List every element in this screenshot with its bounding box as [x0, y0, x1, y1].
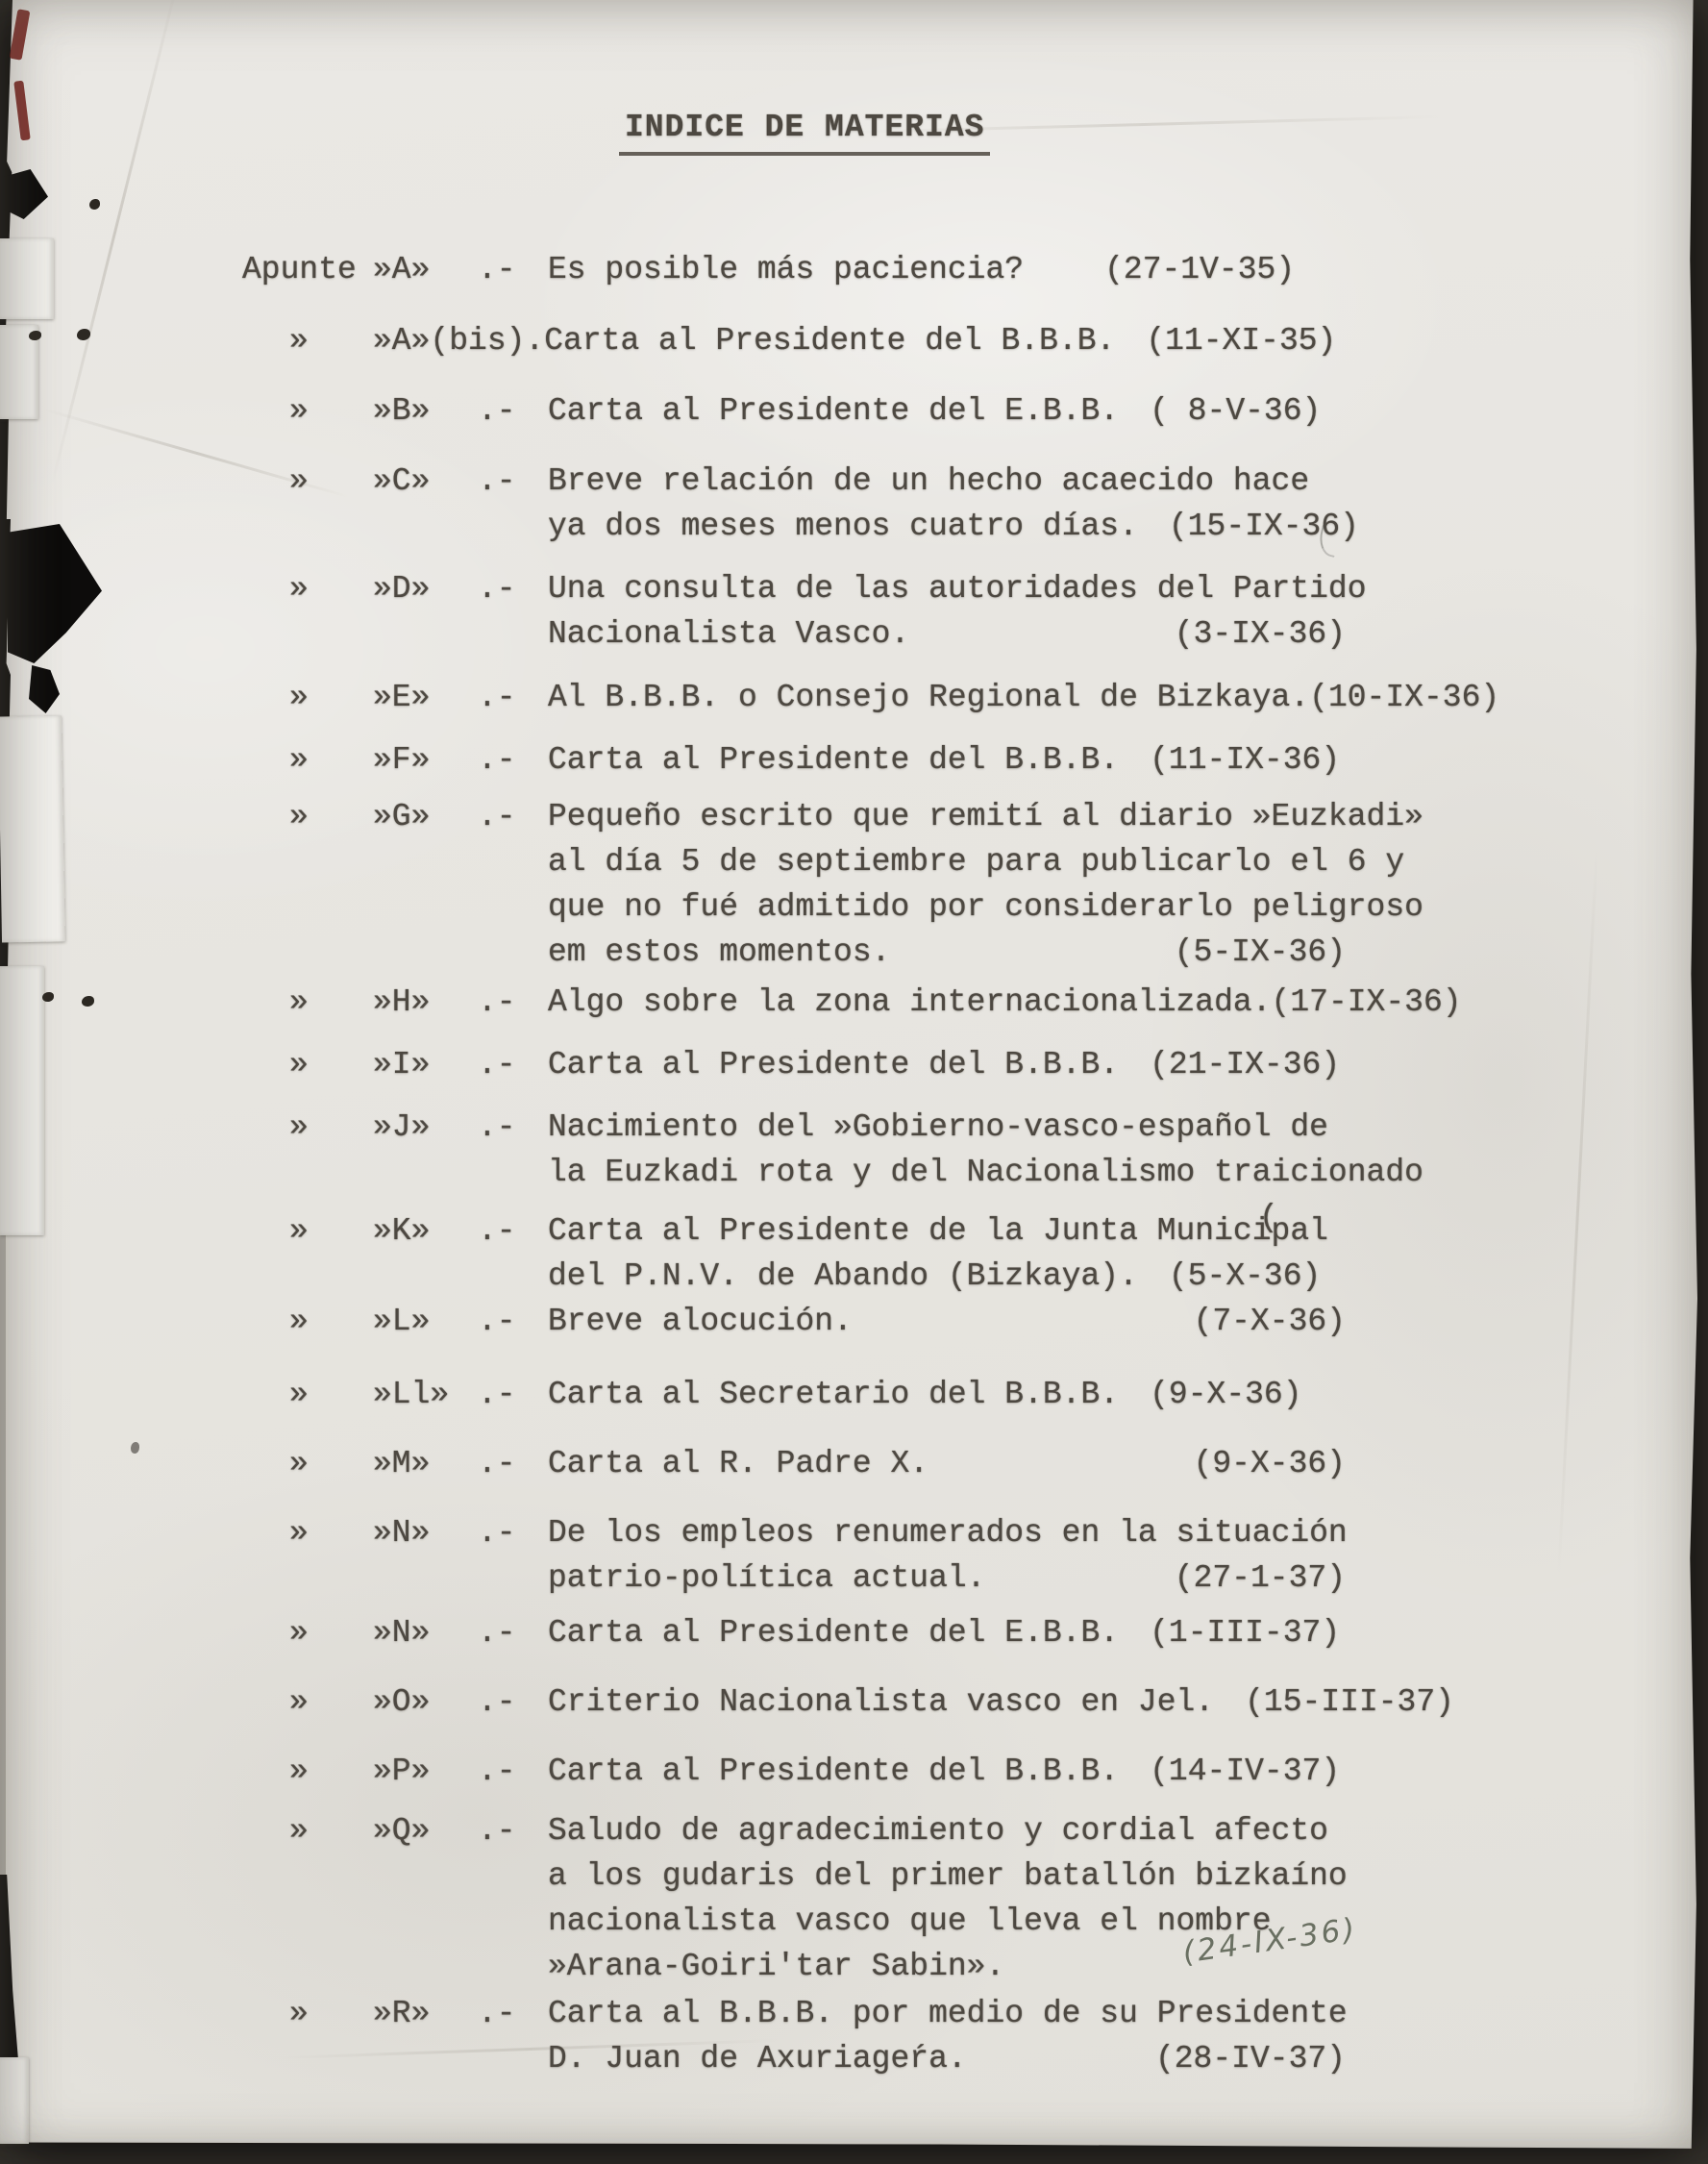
entry-text: Carta al Presidente del B.B.B. [548, 1754, 1119, 1789]
entry-text: patrio-política actual. [548, 1560, 985, 1596]
paper-speck [89, 199, 100, 210]
entry-text: Carta al R. Padre X. [548, 1446, 928, 1481]
entry-line: »A»(bis).Carta al Presidente del B.B.B.(… [373, 323, 1394, 359]
ditto-mark: » [289, 1996, 309, 2031]
entry-date: (5-IX-36) [1175, 934, 1346, 970]
ditto-mark: » [289, 1813, 309, 1849]
paper-speck [42, 992, 54, 1002]
entry-text: »Arana-Goiri'tar Sabin». [548, 1949, 1004, 1984]
entry-line: Carta al Presidente del B.B.B.(21-IX-36) [548, 1047, 1394, 1082]
paper-speck [77, 329, 90, 340]
entry-date: (14-IV-37) [1150, 1754, 1340, 1789]
ditto-mark: » [289, 323, 309, 359]
entry-letter: »E» [373, 680, 430, 715]
entry-line: Pequeño escrito que remití al diario »Eu… [548, 799, 1394, 834]
entry-text: Carta al Presidente del E.B.B. [548, 1615, 1119, 1651]
entry-separator: .- [478, 984, 516, 1020]
entry-separator: .- [478, 1615, 516, 1651]
entry-line: Una consulta de las autoridades del Part… [548, 571, 1394, 607]
entry-line: al día 5 de septiembre para publicarlo e… [548, 844, 1394, 880]
torn-edge-bits [29, 665, 60, 713]
paper-crease [51, 0, 180, 485]
entry-date: (7-X-36) [1194, 1304, 1346, 1339]
entry-text: Carta al Secretario del B.B.B. [548, 1377, 1119, 1412]
entry-letter: »C» [373, 463, 430, 499]
entry-date: (9-X-36) [1194, 1446, 1346, 1481]
entry-separator: .- [478, 1515, 516, 1551]
entry-text: De los empleos renumerados en la situaci… [548, 1515, 1348, 1551]
entry-line: Carta al R. Padre X.(9-X-36) [548, 1446, 1394, 1481]
entry-date: (11-XI-35) [1146, 323, 1336, 359]
entry-date: (21-IX-36) [1150, 1047, 1340, 1082]
entry-letter: »K» [373, 1213, 430, 1249]
entry-line: del P.N.V. de Abando (Bizkaya).(5-X-36) [548, 1258, 1394, 1294]
ditto-mark: » [289, 1047, 309, 1082]
entry-line: De los empleos renumerados en la situaci… [548, 1515, 1394, 1551]
entry-text: la Euzkadi rota y del Nacionalismo traic… [548, 1155, 1423, 1190]
entry-text: Criterio Nacionalista vasco en Jel. [548, 1684, 1214, 1720]
ditto-mark: » [289, 1109, 309, 1145]
entry-date: (15-III-37) [1245, 1684, 1454, 1720]
entry-text: D. Juan de Axuriageŕa. [548, 2041, 967, 2077]
apunte-label: Apunte [242, 252, 357, 287]
entry-separator: .- [478, 1754, 516, 1789]
torn-paper-tab [0, 715, 65, 942]
entry-text: Nacionalista Vasco. [548, 616, 909, 652]
entry-line: Carta al Secretario del B.B.B.(9-X-36) [548, 1377, 1394, 1412]
entry-letter: »P» [373, 1754, 430, 1789]
entry-text: ya dos meses menos cuatro días. [548, 509, 1138, 544]
entry-text: a los gudaris del primer batallón bizkaí… [548, 1858, 1348, 1894]
entry-line: a los gudaris del primer batallón bizkaí… [548, 1858, 1394, 1894]
entry-separator: .- [478, 463, 516, 499]
entry-text: em estos momentos. [548, 934, 890, 970]
entry-letter: »O» [373, 1684, 430, 1720]
entry-letter: »I» [373, 1047, 430, 1082]
entry-separator: .- [478, 1213, 516, 1249]
entry-separator: .- [478, 252, 516, 287]
page-title: INDICE DE MATERIAS [619, 110, 990, 156]
entry-date: (5-X-36) [1169, 1258, 1321, 1294]
scan-edge-bottom [0, 2140, 1708, 2164]
entry-line: D. Juan de Axuriageŕa.(28-IV-37) [548, 2041, 1394, 2077]
entry-separator: .- [478, 1813, 516, 1849]
scan-edge-right [1687, 0, 1708, 2164]
entry-line: que no fué admitido por considerarlo pel… [548, 889, 1394, 925]
entry-text: Breve relación de un hecho acaecido hace [548, 463, 1309, 499]
torn-edge-hole [8, 524, 102, 663]
entry-date: (11-IX-36) [1150, 742, 1340, 778]
entry-letter: »M» [373, 1446, 430, 1481]
entry-letter: »F» [373, 742, 430, 778]
entry-letter: »A» [373, 252, 430, 287]
paper-speck [82, 996, 94, 1007]
ditto-mark: » [289, 1754, 309, 1789]
entry-letter: »Q» [373, 1813, 430, 1849]
entry-separator: .- [478, 1996, 516, 2031]
torn-paper-tab [0, 325, 38, 419]
entry-line: Carta al Presidente del E.B.B.( 8-V-36) [548, 393, 1394, 429]
entry-line: Carta al Presidente de la Junta Municipa… [548, 1213, 1394, 1249]
entry-line: Nacionalista Vasco.(3-IX-36) [548, 616, 1394, 652]
entry-line: Breve relación de un hecho acaecido hace [548, 463, 1394, 499]
paper-speck [29, 331, 41, 340]
entry-separator: .- [478, 1446, 516, 1481]
torn-edge-notch [4, 169, 48, 219]
entry-date: (27-1-37) [1175, 1560, 1346, 1596]
entry-letter: »B» [373, 393, 430, 429]
entry-letter: »N» [373, 1615, 430, 1651]
entry-separator: .- [478, 742, 516, 778]
entry-text: Nacimiento del »Gobierno-vasco-español d… [548, 1109, 1328, 1145]
entry-date: (1-III-37) [1150, 1615, 1340, 1651]
entry-line: Criterio Nacionalista vasco en Jel.(15-I… [548, 1684, 1394, 1720]
ditto-mark: » [289, 393, 309, 429]
entry-line: Carta al B.B.B. por medio de su Presiden… [548, 1996, 1394, 2031]
entry-line: Al B.B.B. o Consejo Regional de Bizkaya.… [548, 680, 1394, 715]
entry-letter: »G» [373, 799, 430, 834]
ditto-mark: » [289, 1377, 309, 1412]
entry-line: ya dos meses menos cuatro días.(15-IX-36… [548, 509, 1394, 544]
entry-separator: .- [478, 680, 516, 715]
ditto-mark: » [289, 571, 309, 607]
entry-text: Es posible más paciencia? [548, 252, 1024, 287]
entry-separator: .- [478, 799, 516, 834]
entry-separator: .- [478, 571, 516, 607]
ditto-mark: » [289, 1684, 309, 1720]
ditto-mark: » [289, 1615, 309, 1651]
red-mark [13, 81, 30, 141]
entry-text: nacionalista vasco que lleva el nombre [548, 1903, 1272, 1939]
scan-edge-left [0, 1875, 23, 2164]
entry-date: (15-IX-36) [1169, 509, 1359, 544]
entry-date: (27-1V-35) [1104, 252, 1295, 287]
scan-edge-left-faint [0, 1077, 6, 1884]
entry-date: (3-IX-36) [1175, 616, 1346, 652]
ditto-mark: » [289, 463, 309, 499]
entry-line: Carta al Presidente del E.B.B.(1-III-37) [548, 1615, 1394, 1651]
entry-text: Algo sobre la zona internacionalizada. [548, 984, 1272, 1020]
entry-text: Carta al Presidente de la Junta Municipa… [548, 1213, 1328, 1249]
entry-line: Nacimiento del »Gobierno-vasco-español d… [548, 1109, 1394, 1145]
red-mark [10, 9, 31, 60]
entry-letter: »N» [373, 1515, 430, 1551]
entry-text: al día 5 de septiembre para publicarlo e… [548, 844, 1404, 880]
entry-text: Breve alocución. [548, 1304, 853, 1339]
entry-separator: .- [478, 1047, 516, 1082]
entry-letter: »L» [373, 1304, 430, 1339]
entry-separator: .- [478, 1684, 516, 1720]
entry-line: Carta al Presidente del B.B.B.(11-IX-36) [548, 742, 1394, 778]
entry-line: Algo sobre la zona internacionalizada.(1… [548, 984, 1394, 1020]
entry-line: em estos momentos.(5-IX-36) [548, 934, 1394, 970]
entry-date: (9-X-36) [1150, 1377, 1301, 1412]
entry-letter: »D» [373, 571, 430, 607]
entry-text: Saludo de agradecimiento y cordial afect… [548, 1813, 1328, 1849]
entry-text: Al B.B.B. o Consejo Regional de Bizkaya. [548, 680, 1309, 715]
ditto-mark: » [289, 1515, 309, 1551]
entry-line: la Euzkadi rota y del Nacionalismo traic… [548, 1155, 1394, 1190]
scan-edge-left [0, 519, 11, 1096]
entry-text: del P.N.V. de Abando (Bizkaya). [548, 1258, 1138, 1294]
entry-line: »Arana-Goiri'tar Sabin».(24-IX-36) [548, 1949, 1394, 1984]
entry-text: Carta al Presidente del E.B.B. [548, 393, 1119, 429]
entry-line: Saludo de agradecimiento y cordial afect… [548, 1813, 1394, 1849]
entry-line: patrio-política actual.(27-1-37) [548, 1560, 1394, 1596]
entry-text: Pequeño escrito que remití al diario »Eu… [548, 799, 1423, 834]
entry-date: (10-IX-36) [1309, 680, 1499, 715]
ditto-mark: » [289, 1213, 309, 1249]
entry-text: Carta al Presidente del B.B.B. [548, 742, 1119, 778]
torn-paper-tab [0, 2057, 29, 2144]
entry-line: Carta al Presidente del B.B.B.(14-IV-37) [548, 1754, 1394, 1789]
paper-speck [131, 1442, 139, 1454]
entry-letter: »Ll» [373, 1377, 449, 1412]
torn-paper-tab [0, 966, 44, 1235]
entry-letter: »J» [373, 1109, 430, 1145]
ditto-mark: » [289, 1446, 309, 1481]
ditto-mark: » [289, 680, 309, 715]
ditto-mark: » [289, 799, 309, 834]
entry-date: (28-IV-37) [1155, 2041, 1346, 2077]
entry-text: Carta al Presidente del B.B.B. [548, 1047, 1119, 1082]
entry-text: Una consulta de las autoridades del Part… [548, 571, 1367, 607]
entry-line: Breve alocución.(7-X-36) [548, 1304, 1394, 1339]
entry-date: ( 8-V-36) [1150, 393, 1321, 429]
ditto-mark: » [289, 1304, 309, 1339]
entry-line: Es posible más paciencia?(27-1V-35) [548, 252, 1394, 287]
entry-date: (17-IX-36) [1272, 984, 1462, 1020]
entry-separator: .- [478, 393, 516, 429]
entry-text: Carta al B.B.B. por medio de su Presiden… [548, 1996, 1348, 2031]
ditto-mark: » [289, 742, 309, 778]
entry-separator: .- [478, 1304, 516, 1339]
entry-separator: .- [478, 1377, 516, 1412]
entry-text: »A»(bis).Carta al Presidente del B.B.B. [373, 323, 1115, 359]
entry-text: que no fué admitido por considerarlo pel… [548, 889, 1423, 925]
entry-letter: »H» [373, 984, 430, 1020]
scan-edge-left [0, 0, 12, 538]
entry-letter: »R» [373, 1996, 430, 2031]
ditto-mark: » [289, 984, 309, 1020]
entry-separator: .- [478, 1109, 516, 1145]
document-page: INDICE DE MATERIAS Apunte»A».-Es posible… [0, 0, 1708, 2164]
torn-paper-tab [0, 238, 54, 319]
